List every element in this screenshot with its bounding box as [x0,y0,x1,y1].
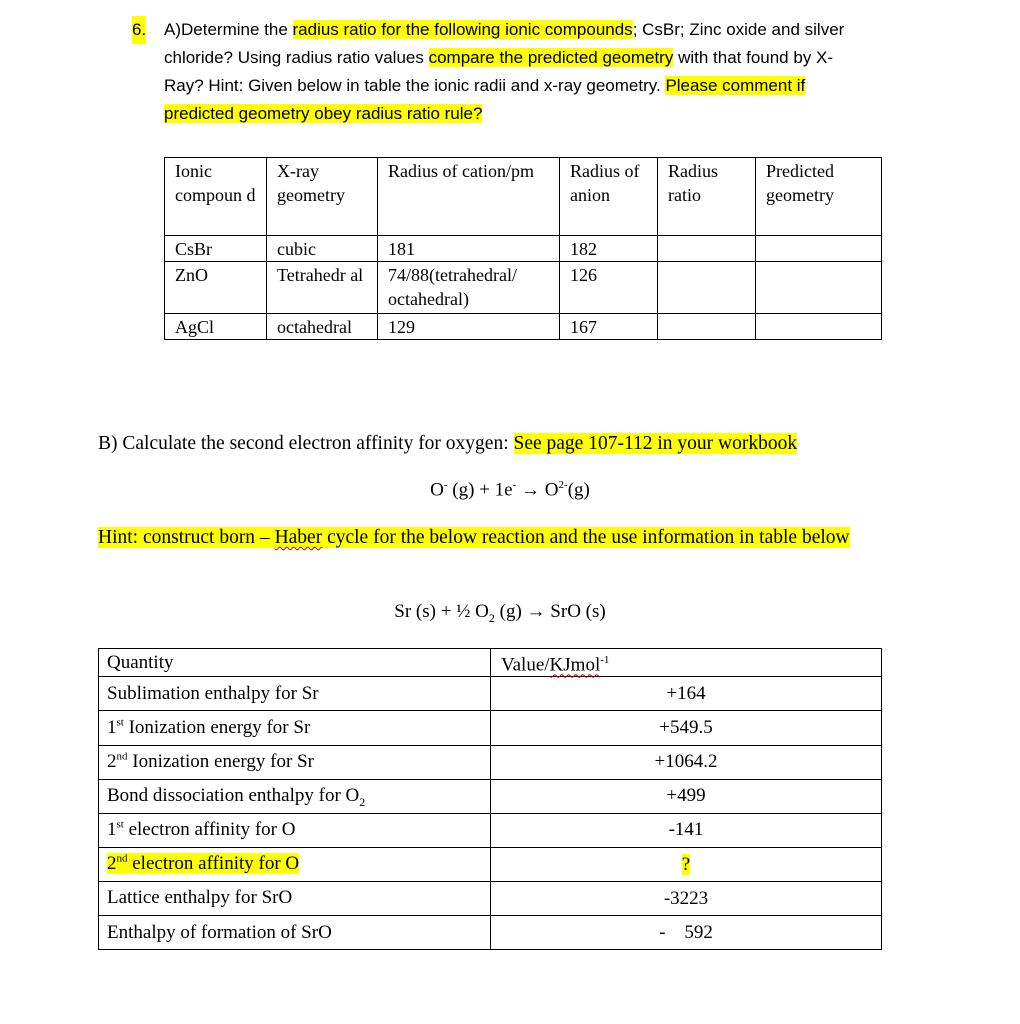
quantity-subscript: 2 [359,795,365,809]
cell-predicted-geometry [756,262,882,314]
table-header-row: Ionic compoun d X-ray geometry Radius of… [165,158,882,236]
header-value-prefix: Value/ [501,654,550,675]
quantity-text: Bond dissociation enthalpy for O2 [107,785,365,806]
table-row: 1st Ionization energy for Sr+549.5 [99,711,882,745]
cell-cation-radius: 129 [378,314,560,340]
cell-quantity: 1st Ionization energy for Sr [99,711,491,745]
header-value: Value/KJmol-1 [491,649,882,677]
ordinal-number: 2 [107,853,117,874]
quantity-label: Lattice enthalpy for SrO [107,887,292,908]
value-text: -3223 [664,888,708,909]
quantity-label: Bond dissociation enthalpy for O [107,785,359,806]
cell-xray-geometry: octahedral [267,314,378,340]
value-text: +549.5 [659,717,712,738]
value-text: - 592 [659,922,713,943]
cell-xray-geometry: cubic [267,236,378,262]
cell-quantity: 2nd electron affinity for O [99,847,491,881]
cell-cation-radius: 74/88(tetrahedral/ octahedral) [378,262,560,314]
quantity-text: 2nd electron affinity for O [107,853,299,874]
qa-seg-0: A)Determine the [164,20,293,39]
born-haber-hint: Hint: construct born – Haber cycle for t… [98,523,858,552]
cell-value: +164 [491,677,882,711]
quantity-text: 1st electron affinity for O [107,819,295,840]
cell-quantity: Sublimation enthalpy for Sr [99,677,491,711]
cell-value: ? [491,847,882,881]
table-row: 2nd Ionization energy for Sr+1064.2 [99,745,882,779]
hint-text-end: cycle for the below reaction and the use… [322,527,849,548]
ordinal-suffix: st [117,716,124,728]
quantity-text: 1st Ionization energy for Sr [107,717,310,738]
quantity-text: 2nd Ionization energy for Sr [107,751,314,772]
value-text: +499 [666,785,705,806]
qa-seg-3-highlight: compare the predicted geometry [429,48,674,67]
header-value-unit: KJmol [550,654,601,675]
cell-quantity: 2nd Ionization energy for Sr [99,745,491,779]
question-number: 6. [132,16,146,44]
cell-xray-geometry: Tetrahedr al [267,262,378,314]
cell-compound: ZnO [165,262,267,314]
header-quantity: Quantity [99,649,491,677]
ordinal-suffix: nd [117,751,128,763]
question-6a-text: A)Determine the radius ratio for the fol… [164,16,872,128]
cell-cation-radius: 181 [378,236,560,262]
quantity-label: Ionization energy for Sr [124,717,310,738]
table-row: 2nd electron affinity for O? [99,847,882,881]
table-row: ZnO Tetrahedr al 74/88(tetrahedral/ octa… [165,262,882,314]
header-ionic-compound: Ionic compoun d [165,158,267,236]
table-row: Enthalpy of formation of SrO- 592 [99,916,882,950]
header-cation-radius: Radius of cation/pm [378,158,560,236]
cell-quantity: Enthalpy of formation of SrO [99,916,491,950]
cell-quantity: 1st electron affinity for O [99,813,491,847]
value-text: +164 [666,683,705,704]
quantity-label: electron affinity for O [124,819,296,840]
cell-radius-ratio [658,262,756,314]
quantity-label: Enthalpy of formation of SrO [107,922,332,943]
cell-predicted-geometry [756,314,882,340]
qa-seg-1-highlight: radius ratio for the following ionic com… [293,20,633,39]
table-row: Lattice enthalpy for SrO-3223 [99,882,882,916]
header-anion-radius: Radius of anion [560,158,658,236]
value-text: -141 [669,819,704,840]
cell-anion-radius: 182 [560,236,658,262]
cell-value: +1064.2 [491,745,882,779]
cell-radius-ratio [658,314,756,340]
question-6b-prompt: B) Calculate the second electron affinit… [98,433,514,454]
cell-compound: AgCl [165,314,267,340]
cell-anion-radius: 167 [560,314,658,340]
quantity-text: Enthalpy of formation of SrO [107,922,332,943]
header-value-exponent: -1 [600,654,609,666]
value-text: ? [682,854,690,875]
enthalpy-data-table: Quantity Value/KJmol-1 Sublimation entha… [98,648,882,950]
quantity-label: Sublimation enthalpy for Sr [107,683,319,704]
table-header-row: Quantity Value/KJmol-1 [99,649,882,677]
cell-predicted-geometry [756,236,882,262]
header-radius-ratio: Radius ratio [658,158,756,236]
eq-oxygen: O [430,479,444,500]
eq-oxide-charge: 2- [559,479,568,491]
reaction-products: (g) → SrO (s) [495,601,606,622]
reaction-reactants: Sr (s) + ½ O [394,601,489,622]
question-6b: B) Calculate the second electron affinit… [98,431,797,457]
formation-reaction-equation: Sr (s) + ½ O2 (g) → SrO (s) [0,601,1000,626]
cell-compound: CsBr [165,236,267,262]
enthalpy-rows: Sublimation enthalpy for Sr+1641st Ioniz… [99,677,882,950]
ordinal-suffix: nd [117,853,128,865]
cell-value: -3223 [491,882,882,916]
cell-quantity: Bond dissociation enthalpy for O2 [99,779,491,813]
quantity-text: Lattice enthalpy for SrO [107,887,292,908]
ordinal-number: 2 [107,751,117,772]
electron-affinity-equation: O- (g) + 1e- → O2-(g) [0,479,1020,501]
table-row: 1st electron affinity for O-141 [99,813,882,847]
eq-arrow-product: → O [516,479,558,500]
table-row: AgCl octahedral 129 167 [165,314,882,340]
spellcheck-flagged-word: Haber [275,527,323,548]
eq-rhs-state: (g) [568,479,590,500]
cell-anion-radius: 126 [560,262,658,314]
value-text: +1064.2 [655,751,718,772]
cell-value: - 592 [491,916,882,950]
table-row: Sublimation enthalpy for Sr+164 [99,677,882,711]
cell-value: -141 [491,813,882,847]
ordinal-suffix: st [117,819,124,831]
cell-radius-ratio [658,236,756,262]
quantity-label: Ionization energy for Sr [128,751,314,772]
hint-text-start: Hint: construct born – [98,527,275,548]
workbook-reference: See page 107-112 in your workbook [514,433,798,454]
question-6a: 6. A)Determine the radius ratio for the … [132,16,872,128]
header-xray-geometry: X-ray geometry [267,158,378,236]
header-predicted-geometry: Predicted geometry [756,158,882,236]
radius-ratio-table: Ionic compoun d X-ray geometry Radius of… [164,157,882,340]
cell-value: +499 [491,779,882,813]
cell-quantity: Lattice enthalpy for SrO [99,882,491,916]
cell-value: +549.5 [491,711,882,745]
quantity-text: Sublimation enthalpy for Sr [107,683,319,704]
table-row: CsBr cubic 181 182 [165,236,882,262]
ordinal-number: 1 [107,717,117,738]
quantity-label: electron affinity for O [128,853,300,874]
eq-lhs-state: (g) + 1e [448,479,513,500]
table-row: Bond dissociation enthalpy for O2+499 [99,779,882,813]
ordinal-number: 1 [107,819,117,840]
